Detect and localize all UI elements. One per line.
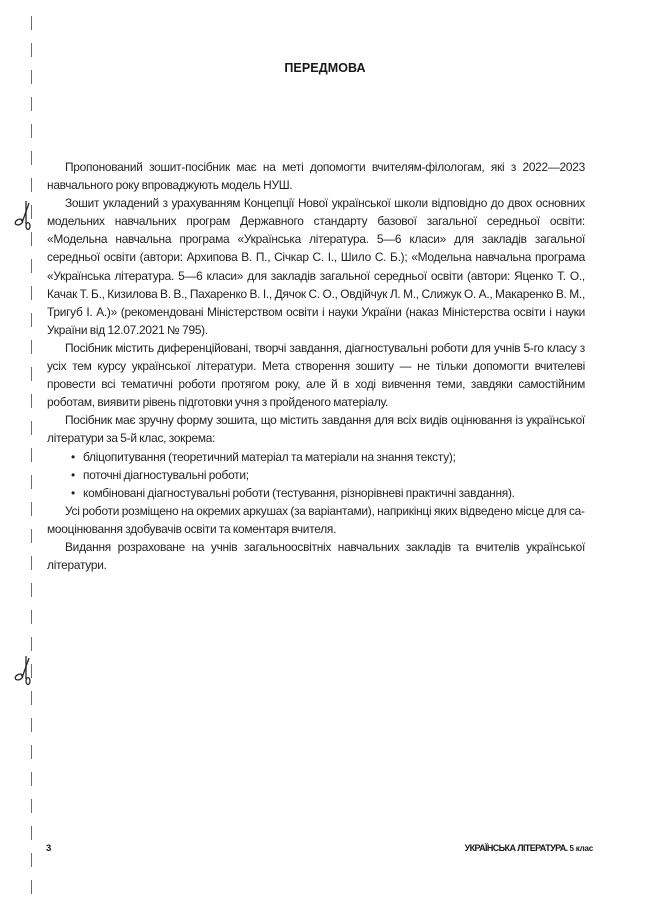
cut-line-dash — [31, 421, 32, 435]
list-item-text: бліцопитування (теоретичний матеріал та … — [83, 450, 456, 464]
cut-line-dash — [31, 583, 32, 597]
scissors-icon — [13, 655, 35, 685]
paragraph-audience: Видання розраховане на учнів загальноосв… — [47, 538, 585, 574]
cut-line-dash — [31, 637, 32, 651]
list-item: • комбіновані діагностувальні роботи (те… — [47, 484, 585, 502]
cut-line-dash — [31, 178, 32, 192]
cut-line-dash — [31, 340, 32, 354]
cut-line-dash — [31, 313, 32, 327]
cut-line-dash — [31, 448, 32, 462]
preface-body: Пропонований зошит-посібник має на меті … — [47, 158, 585, 574]
page-title: ПЕРЕДМОВА — [0, 61, 650, 75]
page-number: 3 — [46, 843, 51, 854]
cut-line-dash — [31, 502, 32, 516]
running-footer-title: УКРАЇНСЬКА ЛІТЕРАТУРА. 5 клас — [465, 843, 593, 853]
paragraph-contents: Посібник містить диференційовані, творчі… — [47, 339, 585, 411]
list-item: • поточні діагностувальні роботи; — [47, 466, 585, 484]
cut-line-dash — [31, 826, 32, 840]
cut-line-dash — [31, 16, 32, 30]
cut-line-dash — [31, 772, 32, 786]
paragraph-worksheets: Усі роботи розміщено на окремих аркушах … — [47, 502, 585, 538]
cut-line-dash — [31, 232, 32, 246]
cut-line — [31, 0, 33, 900]
cut-line-dash — [31, 853, 32, 867]
cut-line-dash — [31, 556, 32, 570]
list-item-text: поточні діагностувальні роботи; — [83, 468, 249, 482]
cut-line-dash — [31, 718, 32, 732]
grade-label: 5 клас — [569, 844, 593, 853]
cut-line-dash — [31, 286, 32, 300]
scissors-icon — [13, 200, 35, 230]
cut-line-dash — [31, 529, 32, 543]
book-title: УКРАЇНСЬКА ЛІТЕРАТУРА. — [465, 843, 568, 853]
bullet-icon: • — [71, 448, 75, 466]
cut-line-dash — [31, 97, 32, 111]
cut-line-dash — [31, 880, 32, 894]
paragraph-concept: Зошит укладений з урахуванням Концепції … — [47, 194, 585, 339]
cut-line-dash — [31, 394, 32, 408]
cut-line-dash — [31, 43, 32, 57]
cut-line-dash — [31, 367, 32, 381]
cut-line-dash — [31, 151, 32, 165]
bullet-icon: • — [71, 466, 75, 484]
cut-line-dash — [31, 691, 32, 705]
cut-line-dash — [31, 475, 32, 489]
assessment-types-list: • бліцопитування (теоретичний матеріал т… — [47, 448, 585, 502]
cut-line-dash — [31, 610, 32, 624]
cut-line-dash — [31, 124, 32, 138]
cut-line-dash — [31, 799, 32, 813]
list-item: • бліцопитування (теоретичний матеріал т… — [47, 448, 585, 466]
cut-line-dash — [31, 259, 32, 273]
list-item-text: комбіновані діагностувальні роботи (тест… — [83, 486, 515, 500]
bullet-icon: • — [71, 484, 75, 502]
paragraph-format: Посібник має зручну форму зошита, що міс… — [47, 411, 585, 447]
paragraph-intro: Пропонований зошит-посібник має на меті … — [47, 158, 585, 194]
cut-line-dash — [31, 745, 32, 759]
